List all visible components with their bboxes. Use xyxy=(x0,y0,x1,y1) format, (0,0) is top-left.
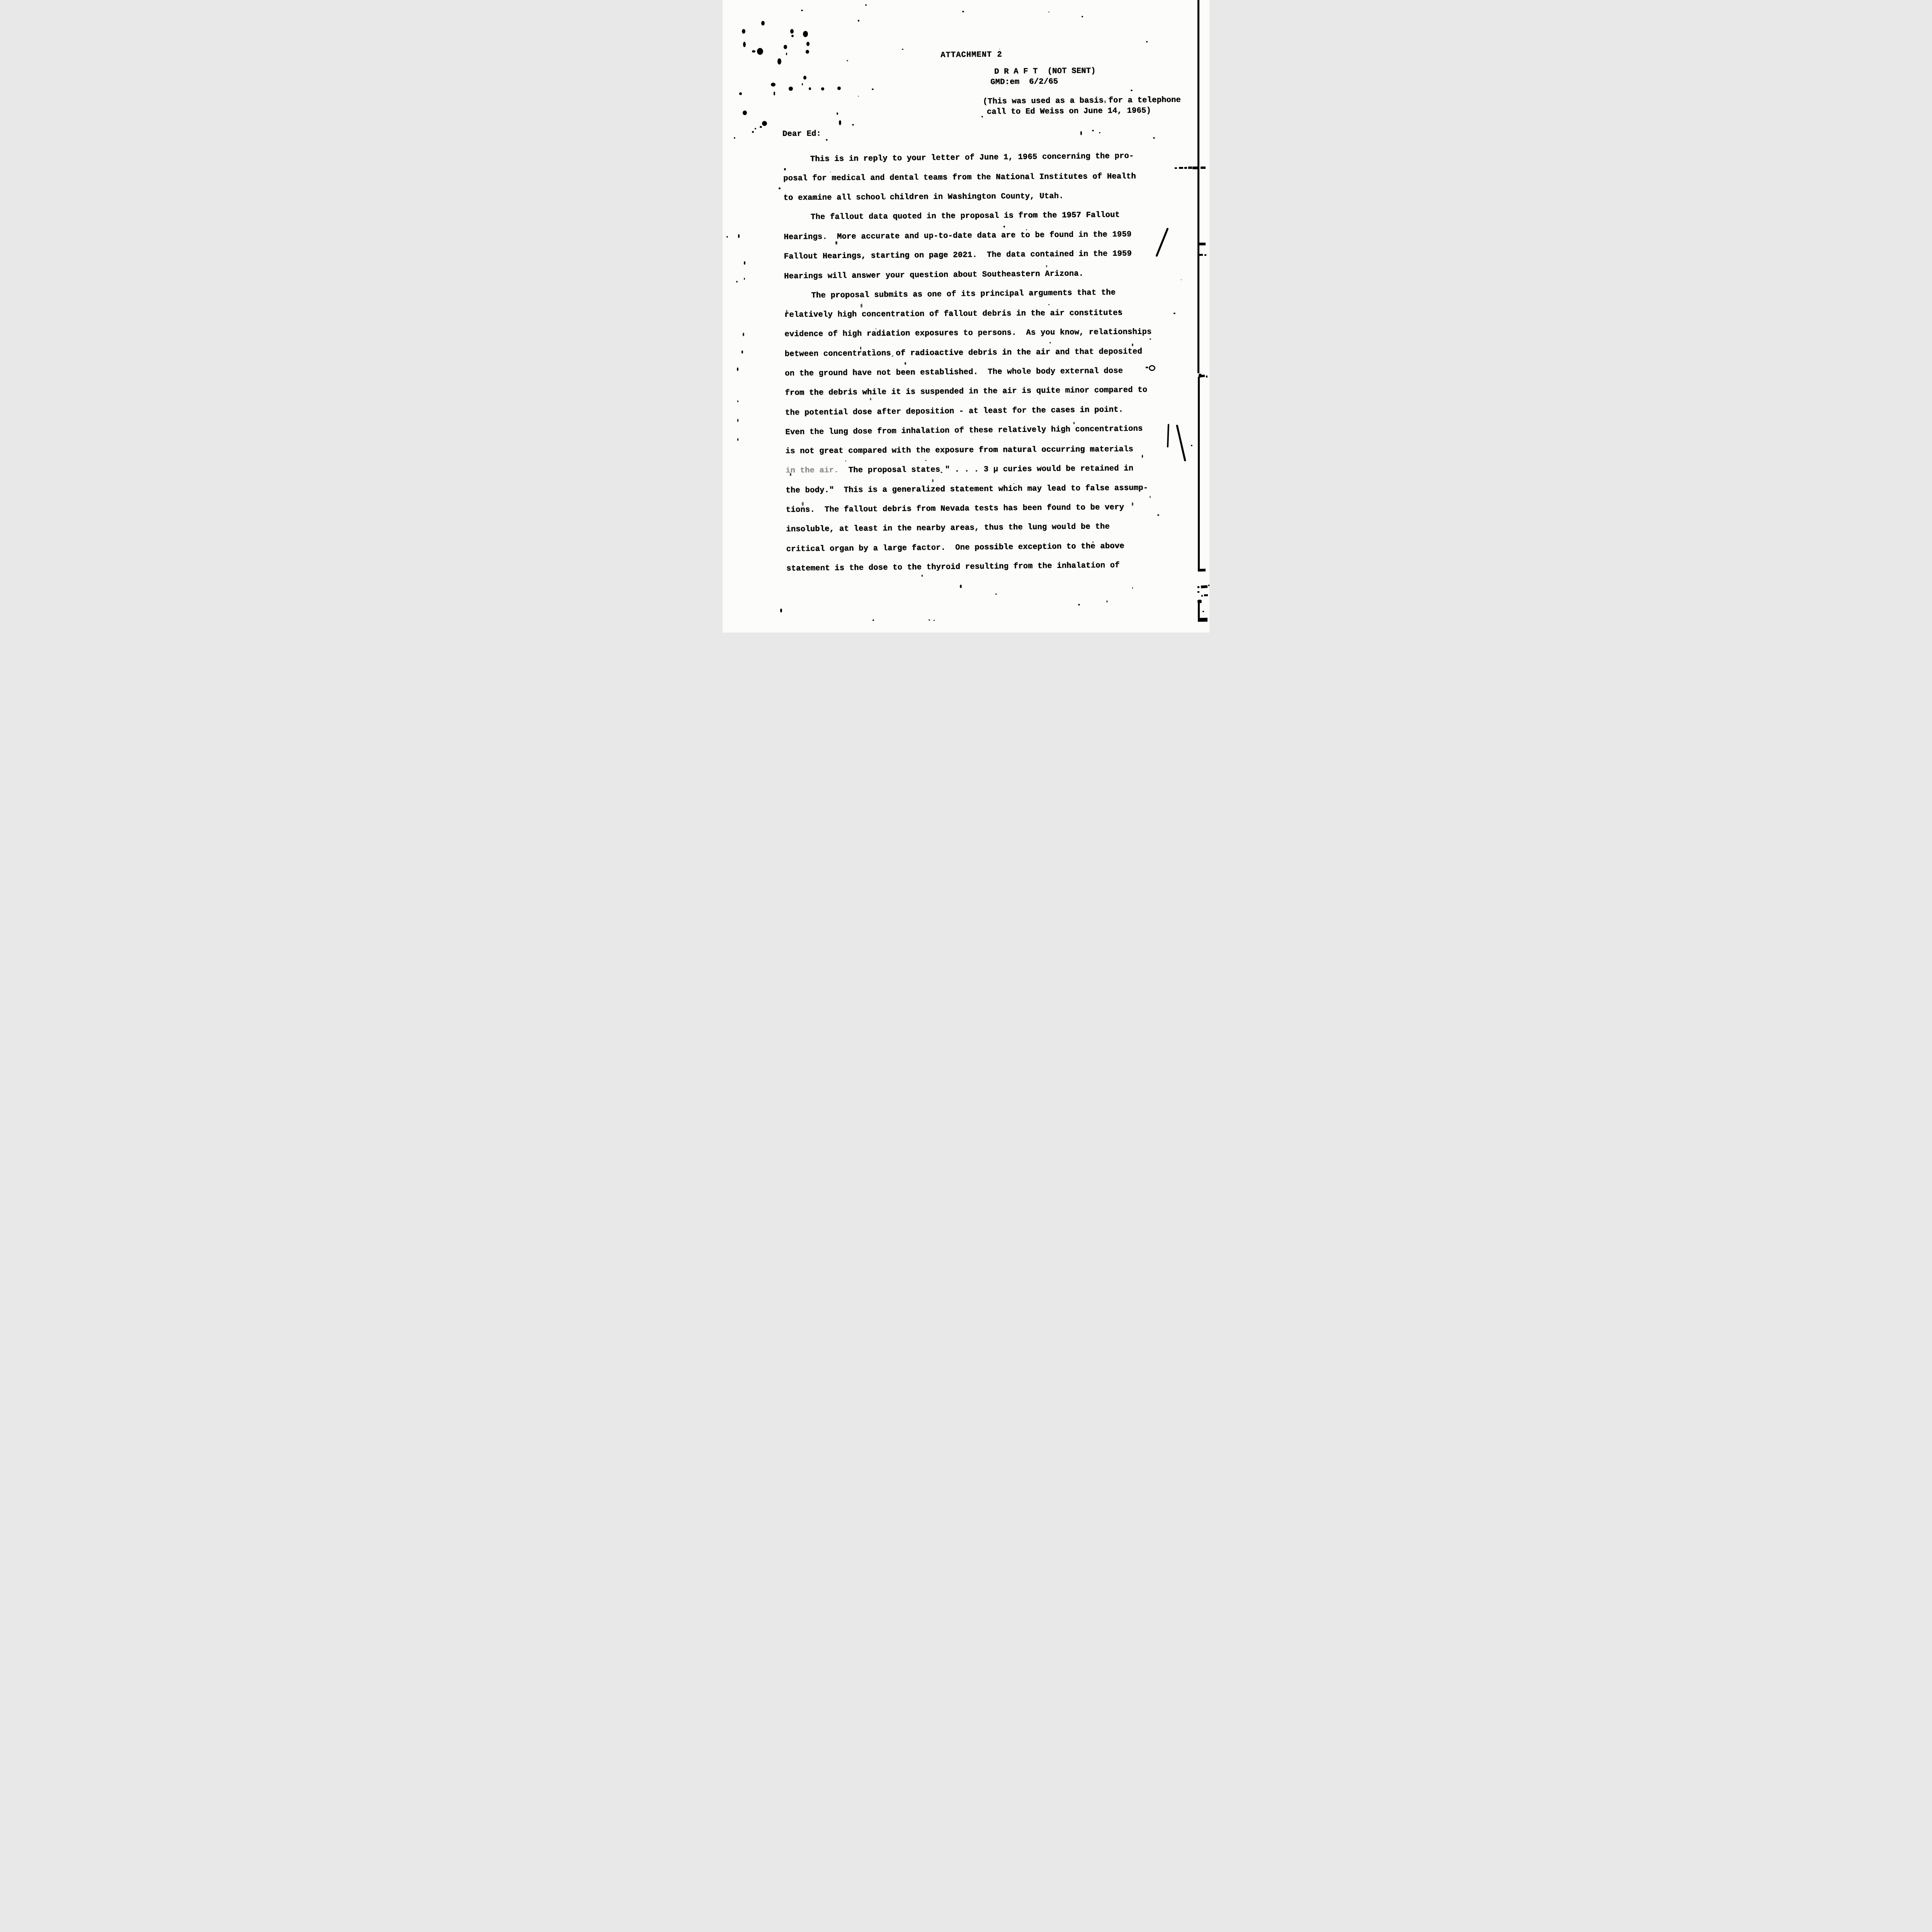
scan-dust xyxy=(786,316,787,317)
scan-dust xyxy=(786,310,787,313)
scanned-letter-page: ATTACHMENT 2 D R A F T (NOT SENT) GMD:em… xyxy=(723,0,1209,633)
scan-edge-mark xyxy=(1197,591,1199,593)
telephone-note-line-1: (This was used as a basis for a telephon… xyxy=(983,95,1181,107)
letter-body-line: This is in reply to your letter of June … xyxy=(783,151,1134,165)
ink-speckle xyxy=(902,49,903,50)
ink-speckle xyxy=(784,45,787,49)
ink-speckle xyxy=(1082,16,1083,17)
scan-edge-mark xyxy=(1201,374,1205,377)
ink-speckle xyxy=(779,187,781,189)
letter-body-line: Hearings will answer your question about… xyxy=(784,269,1083,282)
scan-edge-mark xyxy=(1202,611,1204,612)
scan-dust xyxy=(960,585,962,588)
telephone-note-line-2: call to Ed Weiss on June 14, 1965) xyxy=(987,106,1151,117)
scan-edge-mark xyxy=(1201,595,1203,597)
scan-dust xyxy=(872,349,874,350)
ink-speckle xyxy=(737,438,738,441)
letter-body-line: between concentrations of radioactive de… xyxy=(785,347,1142,359)
scan-dust xyxy=(845,460,846,462)
letter-body-line: relatively high concentration of fallout… xyxy=(784,308,1122,320)
ink-speckle xyxy=(791,35,794,37)
scan-edge-mark xyxy=(1201,167,1206,169)
scan-edge-mark xyxy=(1146,367,1148,368)
letter-body-line: on the ground have not been established.… xyxy=(785,366,1123,379)
ink-speckle xyxy=(962,11,964,12)
scan-dust xyxy=(743,333,744,336)
letter-body-line: statement is the dose to the thyroid res… xyxy=(786,561,1120,574)
scan-edge-mark xyxy=(1149,365,1155,371)
letter-body-line: in the air. The proposal states " . . . … xyxy=(786,464,1133,476)
scan-dust xyxy=(847,60,848,61)
ink-speckle xyxy=(726,236,728,238)
scan-edge-mark xyxy=(1199,243,1206,245)
letter-content: ATTACHMENT 2 D R A F T (NOT SENT) GMD:em… xyxy=(723,0,1209,633)
letter-body-line: the body." This is a generalized stateme… xyxy=(786,483,1148,496)
ink-speckle xyxy=(752,50,755,53)
letter-body-line: to examine all school children in Washin… xyxy=(784,192,1064,204)
scan-dust xyxy=(1132,502,1133,505)
scan-dust xyxy=(861,304,862,308)
ink-speckle xyxy=(821,87,824,90)
ink-speckle xyxy=(760,126,762,128)
letter-body-line: The proposal submits as one of its princ… xyxy=(784,288,1116,301)
scan-edge-line xyxy=(1197,0,1199,373)
scan-edge-mark xyxy=(1198,618,1207,622)
ink-speckle xyxy=(1173,313,1175,314)
ink-speckle xyxy=(809,87,811,90)
letter-body-line: insoluble, at least in the nearby areas,… xyxy=(786,522,1110,535)
scan-dust xyxy=(1119,310,1120,313)
scan-dust xyxy=(981,116,983,117)
ink-speckle xyxy=(872,88,874,90)
ink-speckle xyxy=(752,131,754,133)
scan-edge-mark xyxy=(1192,167,1197,169)
ink-speckle xyxy=(1150,338,1151,340)
scan-dust xyxy=(790,473,791,476)
scan-edge-mark xyxy=(1204,594,1207,597)
letter-body-line: from the debris while it is suspended in… xyxy=(785,385,1147,398)
letter-body-line: the potential dose after deposition - at… xyxy=(785,405,1123,418)
scan-edge-mark xyxy=(1198,568,1206,571)
letter-body: This is in reply to your letter of June … xyxy=(723,0,1207,2)
scan-dust xyxy=(991,568,992,569)
scan-edge-mark xyxy=(1204,254,1206,256)
scan-dust xyxy=(1132,344,1133,347)
scan-dust xyxy=(744,278,745,280)
scan-edge-mark xyxy=(1201,585,1207,588)
ink-speckle xyxy=(801,10,803,11)
ink-speckle xyxy=(929,619,930,621)
letter-body-line: posal for medical and dental teams from … xyxy=(783,172,1136,184)
draft-not-sent-line: D R A F T (NOT SENT) xyxy=(994,66,1096,77)
faded-text-fragment: in the air. xyxy=(786,466,839,475)
scan-dust xyxy=(1048,304,1049,305)
scan-edge-mark xyxy=(1208,585,1209,586)
letter-body-line: The fallout data quoted in the proposal … xyxy=(784,211,1120,223)
ink-speckle xyxy=(761,21,765,26)
letter-body-line: Fallout Hearings, starting on page 2021.… xyxy=(784,249,1132,262)
ink-speckle xyxy=(739,92,742,95)
scan-dust xyxy=(870,398,871,400)
scan-edge-mark xyxy=(1198,603,1200,618)
ink-speckle xyxy=(786,53,787,55)
letter-body-line: Even the lung dose from inhalation of th… xyxy=(785,424,1143,438)
ink-speckle xyxy=(780,609,782,612)
ink-speckle xyxy=(737,400,738,402)
scan-dust xyxy=(1106,600,1108,602)
scan-edge-line xyxy=(1198,377,1200,570)
scan-dust xyxy=(802,502,804,505)
scan-edge-mark xyxy=(1197,586,1199,588)
letter-body-line: Hearings. More accurate and up-to-date d… xyxy=(784,230,1131,243)
ink-speckle xyxy=(737,367,738,371)
scan-dust xyxy=(940,472,942,473)
ink-speckle xyxy=(934,620,935,621)
initials-date-line: GMD:em 6/2/65 xyxy=(990,77,1058,87)
ink-speckle xyxy=(1191,445,1192,446)
scan-dust xyxy=(1003,226,1005,228)
scan-dust xyxy=(858,96,859,97)
scan-dust xyxy=(885,197,886,199)
ink-speckle xyxy=(755,128,756,129)
letter-body-line: critical organ by a large factor. One po… xyxy=(786,541,1124,554)
scan-edge-mark xyxy=(1206,376,1207,378)
scan-edge-mark xyxy=(1179,167,1183,169)
scan-dust xyxy=(1073,422,1075,424)
letter-body-line: tions. The fallout debris from Nevada te… xyxy=(786,503,1124,515)
ink-speckle xyxy=(762,121,767,126)
letter-body-line: evidence of high radiation exposures to … xyxy=(784,327,1151,340)
scan-edge-mark xyxy=(1175,167,1177,169)
scan-dust xyxy=(1046,265,1047,267)
ink-speckle xyxy=(872,619,874,621)
ink-speckle xyxy=(995,594,997,595)
ink-speckle xyxy=(743,42,746,47)
scan-edge-mark xyxy=(1188,167,1192,169)
scan-dust xyxy=(835,241,837,245)
ink-speckle xyxy=(737,419,738,422)
scan-edge-mark xyxy=(1199,254,1203,256)
ink-speckle xyxy=(852,124,854,126)
ink-speckle xyxy=(803,31,808,37)
scan-edge-mark xyxy=(1184,167,1187,169)
scan-dust xyxy=(1092,541,1093,543)
ink-speckle xyxy=(1157,514,1159,516)
attachment-heading: ATTACHMENT 2 xyxy=(940,50,1002,60)
text-fragment: The proposal states " . . . 3 μ curies w… xyxy=(839,464,1134,475)
ink-speckle xyxy=(806,42,810,46)
letter-body-line: is not great compared with the exposure … xyxy=(786,444,1133,456)
salutation: Dear Ed: xyxy=(782,129,821,139)
scan-dust xyxy=(925,460,926,461)
